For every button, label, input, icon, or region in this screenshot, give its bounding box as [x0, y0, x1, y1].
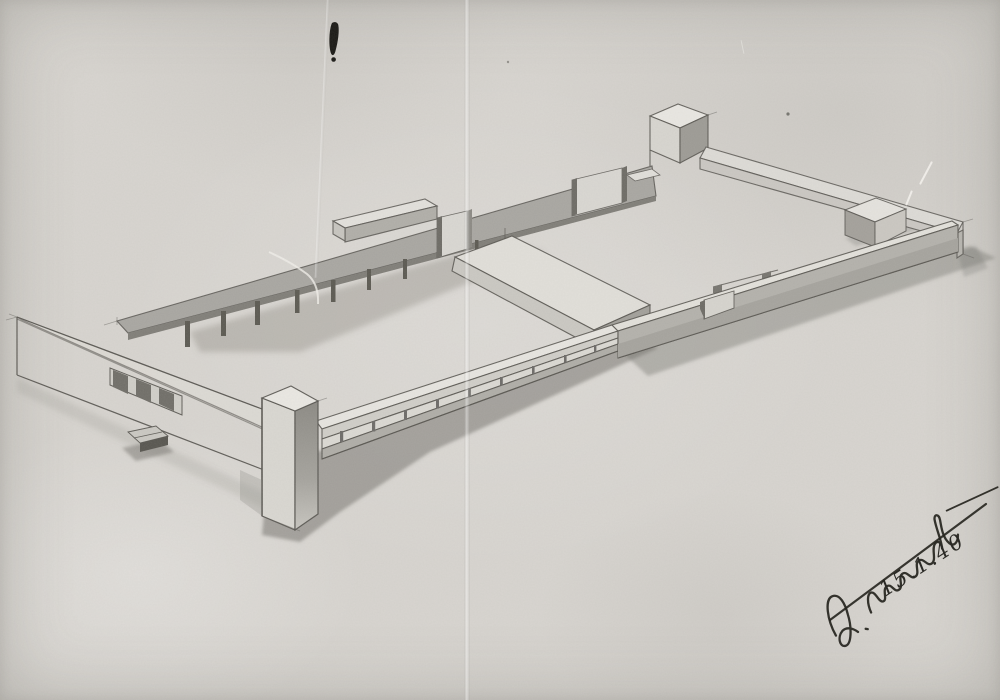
- scanned-drawing-sheet: 15.1.40: [0, 0, 1000, 700]
- grain-overlay: [0, 0, 1000, 700]
- building-perspective-drawing: 15.1.40: [0, 0, 1000, 700]
- vertical-fold-crease: [464, 0, 470, 700]
